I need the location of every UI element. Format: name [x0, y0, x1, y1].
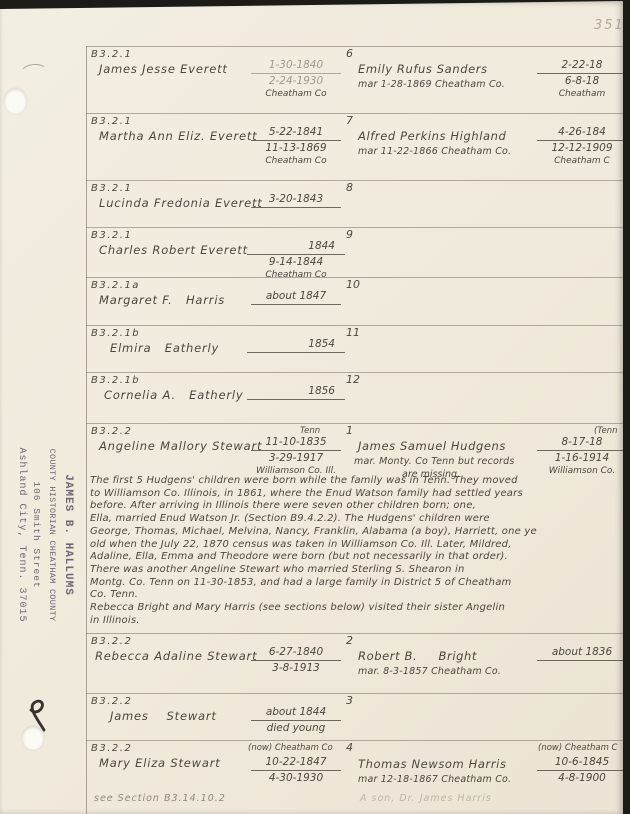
date-column: 1844 9-14-1844 Cheatham Co: [246, 239, 346, 282]
son-note: A son, Dr. James Harris: [360, 793, 492, 804]
child-number: 2: [346, 634, 353, 647]
death-date: 4-30-1930: [246, 771, 346, 785]
child-number: 3: [346, 694, 353, 707]
county-label: (now) Cheatham Co: [248, 743, 333, 753]
record-row: B3.2.1 James Jesse Everett 1-30-1840 2-2…: [86, 46, 623, 113]
date-column: 5-22-1841 11-13-1869 Cheatham Co: [246, 125, 346, 168]
record-row: B3.2.1 Lucinda Fredonia Everett 3-20-184…: [86, 180, 623, 227]
child-number: 9: [346, 228, 353, 241]
county-label: (now) Cheatham C: [538, 743, 617, 753]
spouse-name: Thomas Newsom Harris: [358, 757, 507, 771]
child-number: 4: [346, 741, 353, 754]
section-id: B3.2.2: [91, 743, 132, 754]
child-number: 10: [346, 278, 360, 291]
death-date: 3-8-1913: [246, 661, 346, 675]
record-row: B3.2.1a Margaret F. Harris about 1847 10: [86, 277, 623, 325]
date-column: 1-30-1840 2-24-1930 Cheatham Co: [246, 58, 346, 101]
person-name: Lucinda Fredonia Everett: [99, 196, 263, 210]
address-stamp: JAMES B. HALLUMS COUNTY HISTORIAN CHEATH…: [4, 385, 76, 685]
record-row: B3.2.1b Elmira Eatherly 1854 11: [86, 325, 623, 372]
spouse-death-date: 12-12-1909: [536, 141, 623, 155]
person-name: Martha Ann Eliz. Everett: [99, 129, 257, 143]
person-name: James Stewart: [110, 709, 217, 723]
date-column: 6-27-1840 3-8-1913: [246, 645, 346, 675]
record-row: B3.2.2 James Stewart about 1844 died you…: [86, 693, 623, 740]
spouse-birth-date: 10-6-1845: [537, 755, 623, 771]
birth-date: about 1847: [251, 289, 341, 305]
child-number: 6: [346, 47, 353, 60]
spouse-name: James Samuel Hudgens: [358, 439, 506, 453]
birth-date: 1854: [247, 337, 345, 353]
section-id: B3.2.2: [91, 696, 132, 707]
child-number: 8: [346, 181, 353, 194]
section-id: B3.2.1: [91, 230, 132, 241]
section-id: B3.2.1b: [91, 328, 140, 339]
section-id: B3.2.1b: [91, 375, 140, 386]
spouse-name: Robert B. Bright: [358, 649, 477, 663]
spouse-place: Cheatham C: [536, 155, 623, 168]
note-paragraph: The first 5 Hudgens' children were born …: [90, 475, 623, 627]
page-number: 351: [594, 18, 623, 33]
marriage-info: mar. Monty. Co Tenn but records: [354, 456, 515, 467]
record-row: B3.2.1b Cornelia A. Eatherly 1856 12: [86, 372, 623, 423]
birth-date: 1844: [247, 239, 345, 255]
birth-place: Cheatham Co: [246, 88, 346, 101]
date-column: about 1844 died young: [246, 705, 346, 735]
section-id: B3.2.1a: [91, 280, 140, 291]
person-name: Angeline Mallory Stewart: [99, 439, 262, 453]
stamp-city-line: Ashland City, Tenn. 37015: [13, 385, 29, 685]
cross-reference-note: see Section B3.14.10.2: [94, 793, 226, 804]
person-name: Elmira Eatherly: [110, 341, 219, 355]
person-name: Mary Eliza Stewart: [99, 756, 221, 770]
pen-mark: [16, 698, 52, 732]
birth-date: 5-22-1841: [251, 125, 341, 141]
stamp-name-line: JAMES B. HALLUMS: [59, 385, 76, 685]
date-column: 1856: [246, 384, 346, 400]
death-date: 11-13-1869: [246, 141, 346, 155]
section-id: B3.2.2: [91, 636, 132, 647]
birth-date: 1-30-1840: [251, 58, 341, 74]
stamp-title-line: COUNTY HISTORIAN CHEATHAM COUNTY: [44, 385, 59, 685]
birth-place: Cheatham Co: [246, 155, 346, 168]
birth-date: about 1844: [251, 705, 341, 721]
record-row: B3.2.1 Charles Robert Everett 1844 9-14-…: [86, 227, 623, 277]
spouse-death-date: 1-16-1914: [536, 451, 623, 465]
section-id: B3.2.1: [91, 183, 132, 194]
child-number: 1: [346, 424, 353, 437]
document-page: 351 JAMES B. HALLUMS COUNTY HISTORIAN CH…: [0, 0, 623, 814]
birth-date: 10-22-1847: [251, 755, 341, 771]
spouse-date-column: about 1836: [536, 645, 623, 661]
stamp-street-line: 106 Smith Street: [29, 385, 44, 685]
birth-date: 11-10-1835: [251, 435, 341, 451]
marriage-info: mar 1-28-1869 Cheatham Co.: [358, 79, 505, 90]
marriage-info: mar 12-18-1867 Cheatham Co.: [358, 774, 511, 785]
birth-date: 1856: [247, 384, 345, 400]
person-name: Rebecca Adaline Stewart: [95, 649, 257, 663]
death-date: 3-29-1917: [246, 451, 346, 465]
marriage-info: mar. 8-3-1857 Cheatham Co.: [358, 666, 501, 677]
person-name: Charles Robert Everett: [99, 243, 248, 257]
date-column: 1854: [246, 337, 346, 353]
spouse-date-column: 2-22-18 6-8-18 Cheatham: [536, 58, 623, 101]
child-number: 11: [346, 326, 360, 339]
punch-hole-top: [4, 88, 27, 114]
date-column: 10-22-1847 4-30-1930: [246, 755, 346, 785]
date-column: about 1847: [246, 289, 346, 305]
spouse-name: Emily Rufus Sanders: [358, 62, 488, 76]
birth-date: 3-20-1843: [251, 192, 341, 208]
death-note: died young: [246, 721, 346, 735]
person-name: Cornelia A. Eatherly: [104, 388, 243, 402]
spouse-birth-date: 4-26-184: [537, 125, 623, 141]
record-row: B3.2.1 Martha Ann Eliz. Everett 5-22-184…: [86, 113, 623, 180]
section-id: B3.2.1: [91, 116, 132, 127]
spouse-place: Cheatham: [536, 88, 623, 101]
death-date: 9-14-1844: [246, 255, 346, 269]
birth-date: 6-27-1840: [251, 645, 341, 661]
person-name: James Jesse Everett: [99, 62, 228, 76]
child-number: 7: [346, 114, 353, 127]
marriage-info: mar 11-22-1866 Cheatham Co.: [358, 146, 511, 157]
record-row: B3.2.2 (now) Cheatham Co (now) Cheatham …: [86, 740, 623, 814]
section-id: B3.2.2: [91, 426, 132, 437]
spouse-birth-date: 2-22-18: [537, 58, 623, 74]
pencil-arc-mark: [19, 63, 49, 84]
section-id: B3.2.1: [91, 49, 132, 60]
spouse-birth-date: 8-17-18: [537, 435, 623, 451]
date-column: 11-10-1835 3-29-1917 Williamson Co. Ill.: [246, 435, 346, 478]
child-number: 12: [346, 373, 360, 386]
spouse-name: Alfred Perkins Highland: [358, 129, 506, 143]
spouse-birth-date: about 1836: [537, 645, 623, 661]
date-column: 3-20-1843: [246, 192, 346, 208]
record-row: B3.2.2 Rebecca Adaline Stewart 6-27-1840…: [86, 633, 623, 693]
spouse-date-column: 8-17-18 1-16-1914 Williamson Co.: [536, 435, 623, 478]
record-row: B3.2.2 Tenn (Tenn Angeline Mallory Stewa…: [86, 423, 623, 483]
spouse-date-column: 4-26-184 12-12-1909 Cheatham C: [536, 125, 623, 168]
spouse-death-date: 4-8-1900: [536, 771, 623, 785]
spouse-date-column: 10-6-1845 4-8-1900: [536, 755, 623, 785]
spouse-death-date: 6-8-18: [536, 74, 623, 88]
death-date: 2-24-1930: [246, 74, 346, 88]
person-name: Margaret F. Harris: [99, 293, 225, 307]
